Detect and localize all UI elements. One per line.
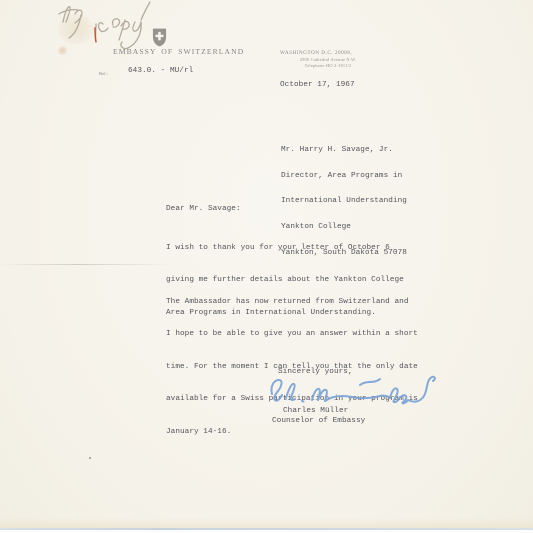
recipient-line: International Understanding [281, 197, 407, 207]
body-line: The Ambassador has now returned from Swi… [166, 298, 418, 314]
embassy-name: EMBASSY OF SWITZERLAND [113, 47, 244, 56]
body-line: I hope to be able to give you an answer … [166, 330, 418, 346]
date-line: October 17, 1967 [280, 81, 355, 89]
paper-speck [89, 457, 91, 459]
letterhead-city: WASHINGTON D.C. 20008, [280, 50, 352, 56]
paper-bottom-discoloration [0, 518, 533, 528]
recipient-line: Director, Area Programs in [281, 172, 407, 182]
swiss-crest-icon [152, 28, 167, 47]
ref-value: 643.0. - MU/rl [128, 67, 193, 75]
signer-title: Counselor of Embassy [272, 417, 365, 425]
body-line: January 14-16. [166, 428, 418, 444]
body-line: I wish to thank you for your letter of O… [166, 244, 404, 260]
signer-name: Charles Müller [283, 407, 348, 415]
scanned-letter-page: EMBASSY OF SWITZERLAND WASHINGTON D.C. 2… [0, 0, 533, 533]
letterhead-telephone: Telephone HO 2-1811/2 [283, 63, 373, 68]
letterhead-address: 2900 Cathedral Avenue N.W. [283, 57, 373, 62]
recipient-line: Mr. Harry H. Savage, Jr. [281, 146, 407, 156]
ref-label: Ref.: [99, 71, 108, 76]
salutation: Dear Mr. Savage: [166, 205, 241, 213]
paper-crease [0, 264, 172, 265]
